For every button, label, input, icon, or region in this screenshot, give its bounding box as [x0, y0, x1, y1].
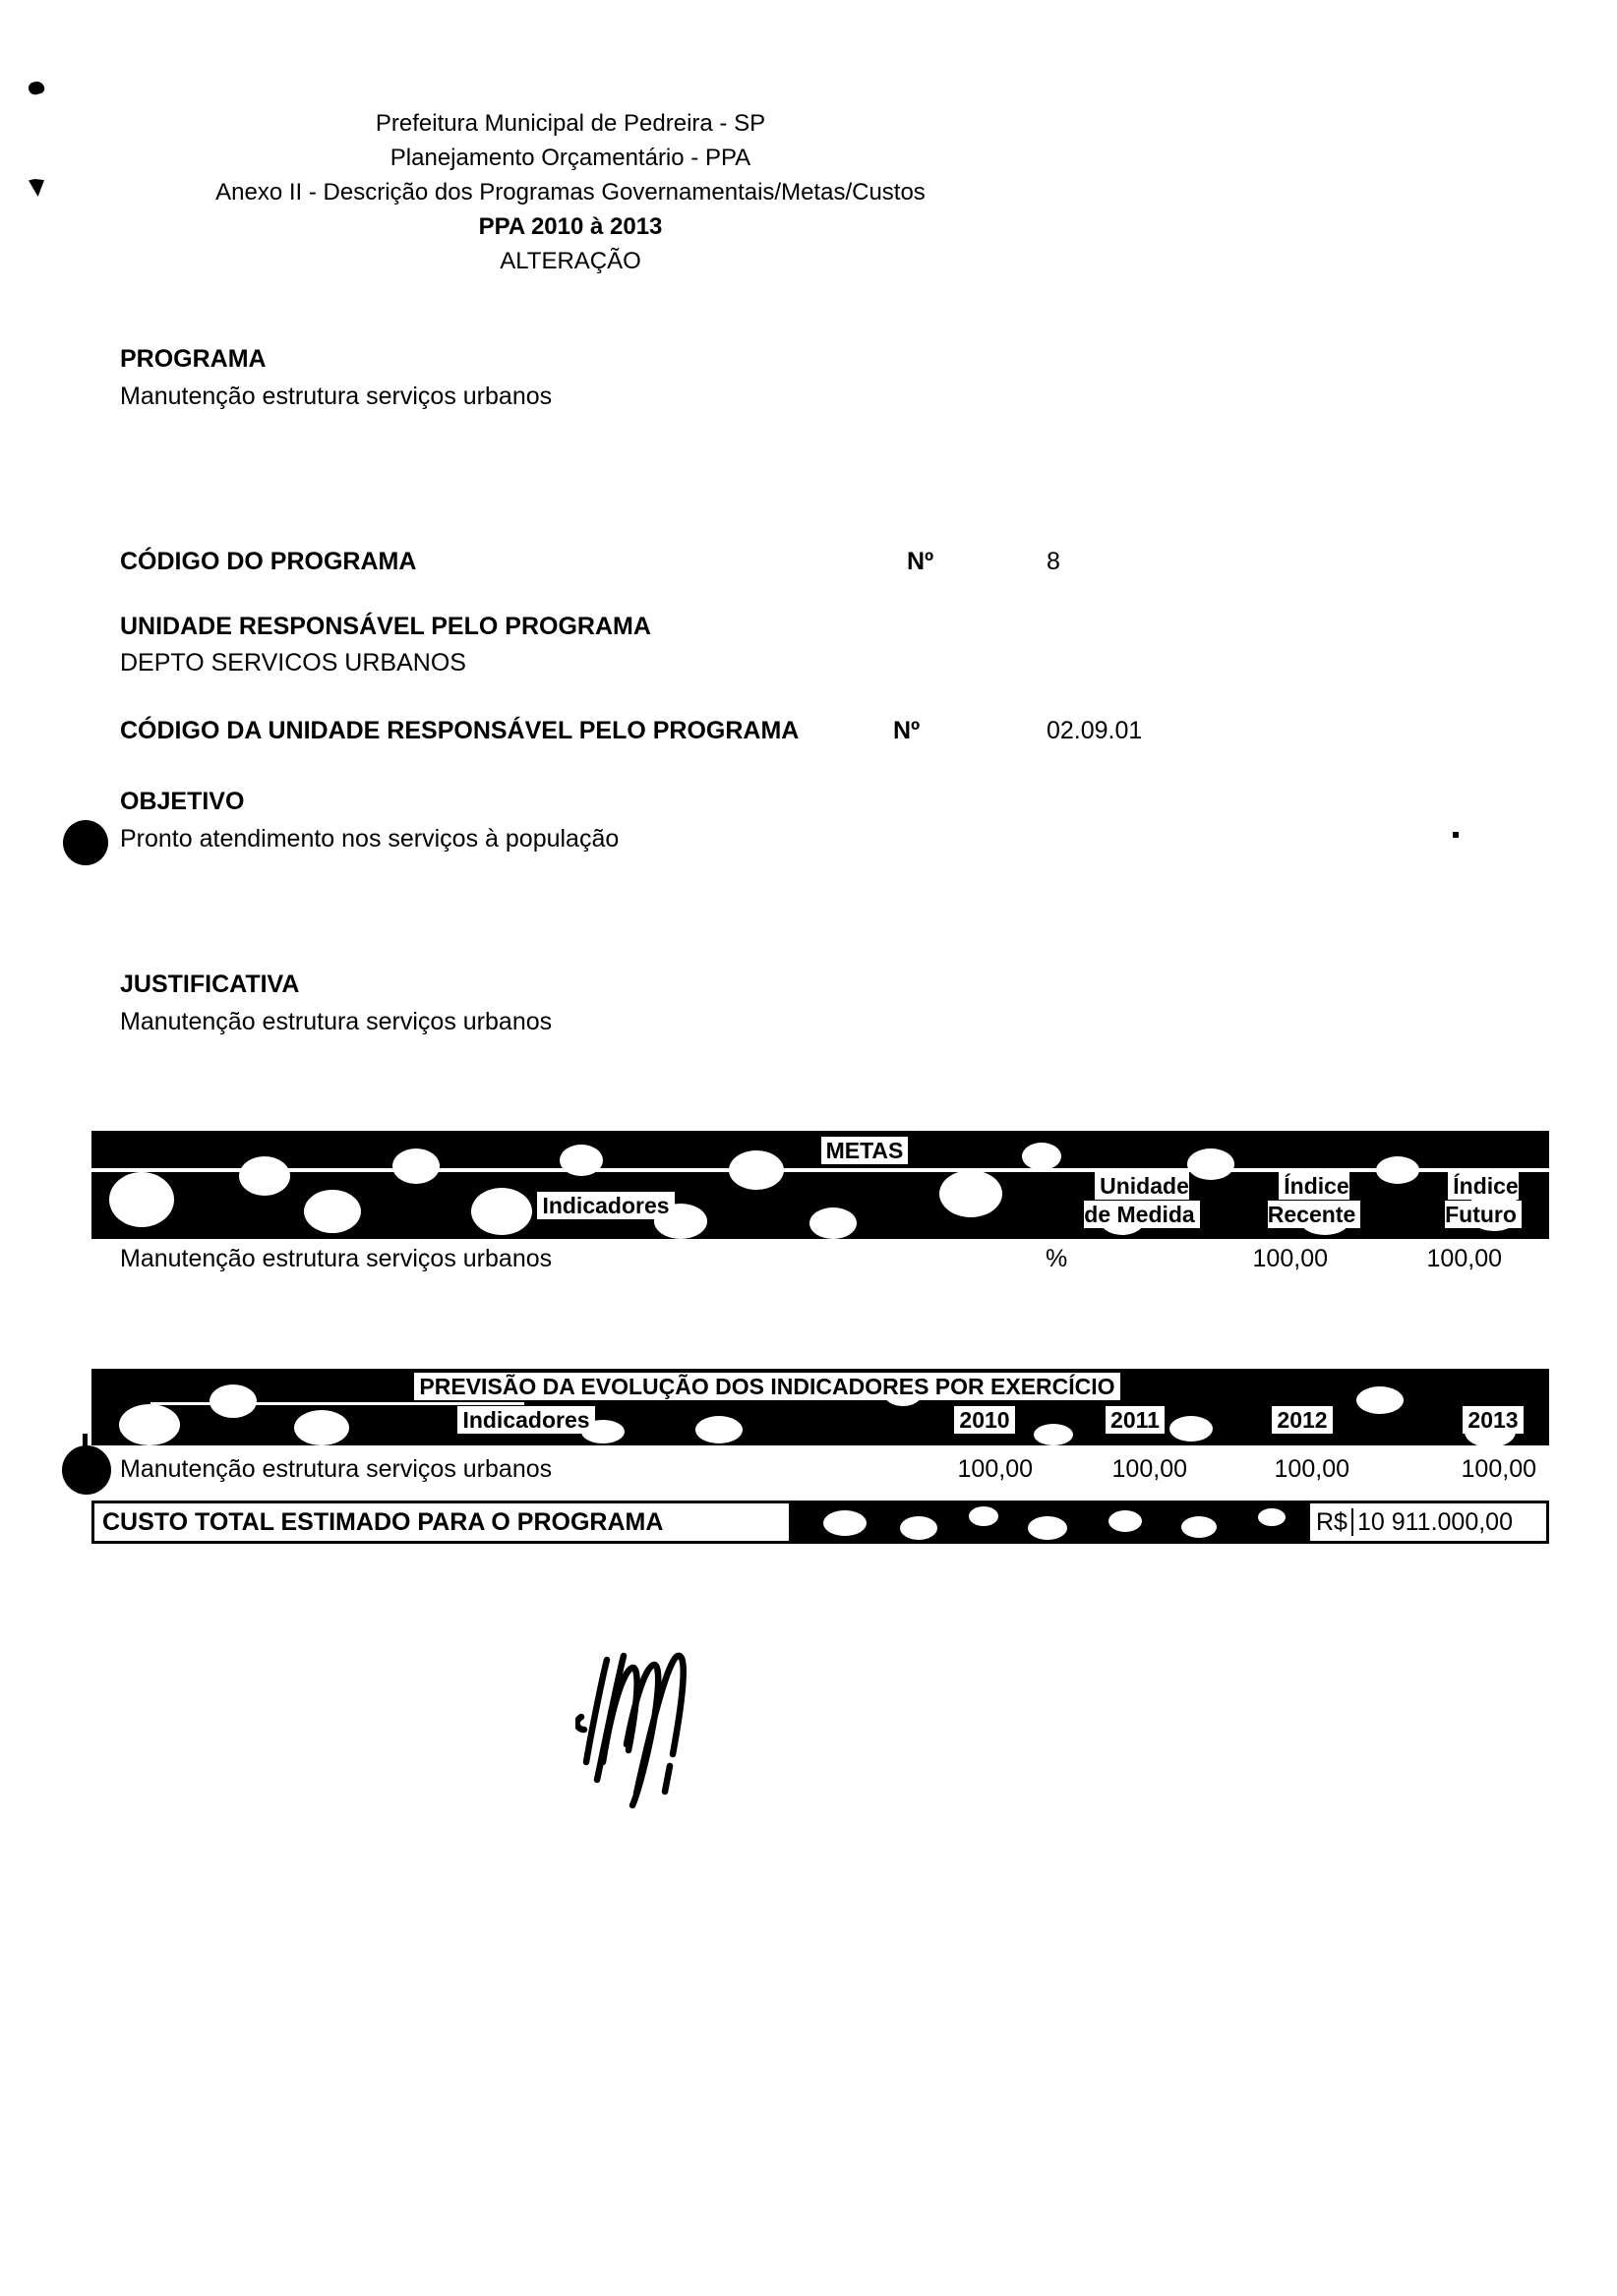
programa-label: PROGRAMA — [120, 344, 267, 374]
custo-total-label-box: CUSTO TOTAL ESTIMADO PARA O PROGRAMA — [91, 1501, 792, 1544]
custo-box-divider — [1351, 1508, 1353, 1535]
metas-row-unidade: % — [1046, 1245, 1067, 1272]
metas-row-indicador: Manutenção estrutura serviços urbanos — [120, 1245, 552, 1272]
codigo-programa-numero-symbol: Nº — [907, 547, 933, 576]
scan-artifact-ink-circle — [62, 1445, 111, 1495]
custo-total-currency: R$ — [1316, 1508, 1347, 1537]
scan-artifact-blob — [28, 80, 46, 96]
metas-col-unidade-de-medida: Unidade de Medida — [1084, 1172, 1199, 1228]
metas-row-indice-recente: 100,00 — [1210, 1245, 1328, 1272]
previsao-col-2013-wrap: 2013 — [1365, 1406, 1617, 1435]
metas-col-indice-futuro: Índice Futuro — [1445, 1172, 1522, 1228]
header-line-4: PPA 2010 à 2013 — [59, 209, 1082, 244]
scanned-document-page: Prefeitura Municipal de Pedreira - SP Pl… — [0, 0, 1617, 2296]
previsao-col-indicadores: Indicadores — [457, 1406, 594, 1434]
objetivo-label: OBJETIVO — [120, 787, 244, 816]
scan-artifact-dot — [1453, 832, 1459, 838]
metas-col-indice-futuro-wrap: Índice Futuro — [1355, 1172, 1611, 1229]
previsao-table-title: PREVISÃO DA EVOLUÇÃO DOS INDICADORES POR… — [414, 1373, 1119, 1400]
unidade-responsavel-value: DEPTO SERVICOS URBANOS — [120, 648, 466, 677]
previsao-col-indicadores-wrap: Indicadores — [398, 1406, 654, 1435]
programa-value: Manutenção estrutura serviços urbanos — [120, 382, 552, 411]
header-line-3: Anexo II - Descrição dos Programas Gover… — [59, 175, 1082, 209]
previsao-row-indicador: Manutenção estrutura serviços urbanos — [120, 1455, 552, 1483]
scan-artifact-ink-circle — [63, 820, 108, 865]
header-line-1: Prefeitura Municipal de Pedreira - SP — [59, 106, 1082, 141]
metas-table-title: METAS — [821, 1137, 909, 1164]
header-line-2: Planejamento Orçamentário - PPA — [59, 141, 1082, 175]
previsao-col-year-2011: 2011 — [1106, 1406, 1165, 1434]
header-line-5: ALTERAÇÃO — [59, 244, 1082, 278]
justificativa-label: JUSTIFICATIVA — [120, 970, 299, 999]
codigo-unidade-value: 02.09.01 — [1047, 716, 1142, 745]
codigo-unidade-numero-symbol: Nº — [893, 716, 920, 745]
metas-col-indicadores-wrap: Indicadores — [478, 1192, 734, 1220]
codigo-unidade-label: CÓDIGO DA UNIDADE RESPONSÁVEL PELO PROGR… — [120, 716, 799, 745]
metas-row-indice-futuro: 100,00 — [1384, 1245, 1502, 1272]
previsao-col-year-2010: 2010 — [954, 1406, 1014, 1434]
metas-title-wrap: METAS — [737, 1137, 992, 1165]
custo-total-band: CUSTO TOTAL ESTIMADO PARA O PROGRAMA R$ … — [91, 1501, 1549, 1544]
metas-col-indice-recente: Índice Recente — [1268, 1172, 1360, 1228]
objetivo-value: Pronto atendimento nos serviços à popula… — [120, 824, 619, 854]
codigo-programa-label: CÓDIGO DO PROGRAMA — [120, 547, 416, 576]
codigo-programa-value: 8 — [1047, 547, 1060, 576]
justificativa-value: Manutenção estrutura serviços urbanos — [120, 1007, 552, 1036]
metas-col-indicadores: Indicadores — [537, 1192, 674, 1219]
scan-artifact-mark — [29, 179, 44, 197]
previsao-col-year-2013: 2013 — [1463, 1406, 1523, 1434]
previsao-title-wrap: PREVISÃO DA EVOLUÇÃO DOS INDICADORES POR… — [384, 1373, 1151, 1401]
previsao-row-value-2010: 100,00 — [915, 1455, 1033, 1483]
previsao-col-year-2012: 2012 — [1272, 1406, 1332, 1434]
handwritten-signature — [575, 1644, 703, 1816]
previsao-row-value-2013: 100,00 — [1418, 1455, 1536, 1483]
custo-total-value-box: R$ 10 911.000,00 — [1307, 1501, 1549, 1544]
unidade-responsavel-label: UNIDADE RESPONSÁVEL PELO PROGRAMA — [120, 612, 651, 641]
previsao-row-value-2012: 100,00 — [1231, 1455, 1349, 1483]
previsao-header-band: PREVISÃO DA EVOLUÇÃO DOS INDICADORES POR… — [91, 1369, 1549, 1445]
custo-total-value: 10 911.000,00 — [1357, 1508, 1513, 1537]
previsao-row-value-2011: 100,00 — [1069, 1455, 1187, 1483]
document-header: Prefeitura Municipal de Pedreira - SP Pl… — [59, 106, 1082, 278]
metas-header-band: METAS Indicadores Unidade de Medida Índi… — [91, 1131, 1549, 1239]
custo-total-label: CUSTO TOTAL ESTIMADO PARA O PROGRAMA — [102, 1508, 663, 1537]
